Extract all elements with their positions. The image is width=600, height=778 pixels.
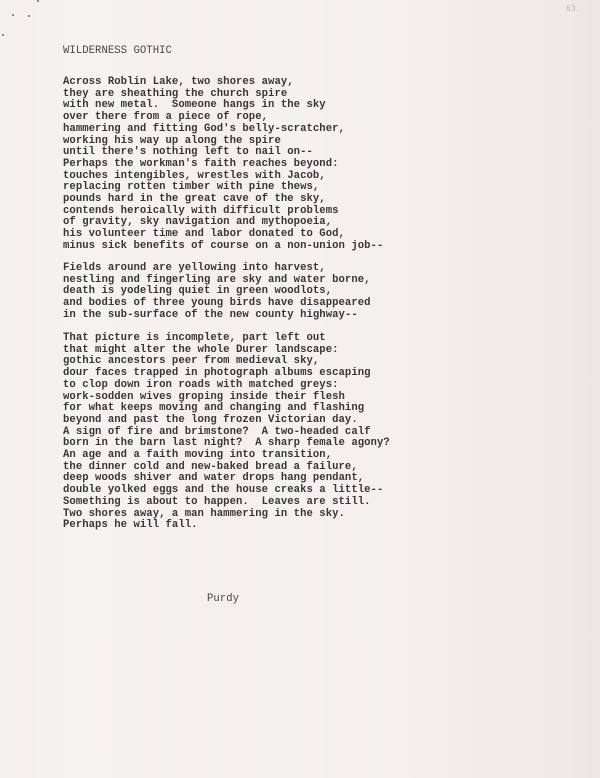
poem-line: to clop down iron roads with matched gre…	[63, 380, 390, 392]
poem-line: pounds hard in the great cave of the sky…	[63, 194, 383, 206]
poem-line: beyond and past the long frozen Victoria…	[63, 415, 390, 427]
stanza-1: Across Roblin Lake, two shores away,they…	[63, 77, 383, 253]
poem-line: An age and a faith moving into transitio…	[63, 450, 390, 462]
stanza-2: Fields around are yellowing into harvest…	[63, 263, 371, 322]
typescript-page: 63. WILDERNESS GOTHIC Across Roblin Lake…	[0, 0, 600, 778]
ink-speck	[12, 14, 14, 16]
page-number: 63.	[566, 4, 580, 13]
poem-line: minus sick benefits of course on a non-u…	[63, 241, 383, 253]
ink-speck	[37, 0, 39, 2]
poem-line: in the sub-surface of the new county hig…	[63, 310, 371, 322]
ink-speck	[2, 34, 4, 36]
ink-speck	[28, 15, 30, 17]
poem-line: Something is about to happen. Leaves are…	[63, 497, 390, 509]
poem-line: Fields around are yellowing into harvest…	[63, 263, 371, 275]
stanza-3: That picture is incomplete, part left ou…	[63, 333, 390, 532]
author-signature: Purdy	[207, 594, 239, 606]
poem-line: Perhaps the workman's faith reaches beyo…	[63, 159, 383, 171]
poem-title: WILDERNESS GOTHIC	[63, 46, 172, 58]
poem-line: Across Roblin Lake, two shores away,	[63, 77, 383, 89]
poem-line: hammering and fitting God's belly-scratc…	[63, 124, 383, 136]
poem-line: Perhaps he will fall.	[63, 520, 390, 532]
poem-line: That picture is incomplete, part left ou…	[63, 333, 390, 345]
